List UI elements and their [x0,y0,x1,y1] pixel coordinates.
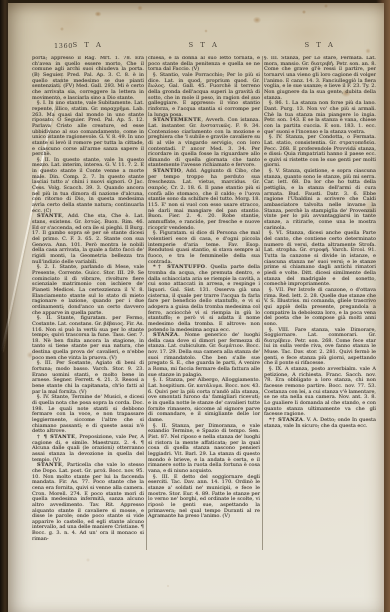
entry-headword: † ¶ STANTE [37,434,75,440]
entry-paragraph: §. III. E detto del soggiornare degli es… [148,475,260,520]
page-paper: 1360 S T A S T A S T A porta; appresso i… [8,3,384,612]
entry-paragraph: §. III. Stanza, per Lo stare, Fermata. L… [264,56,376,101]
entry-headword: STANTE [37,213,62,219]
column-left: porta; appresso il Rag. Mrt. 1. 78. Era … [32,56,144,554]
entry-paragraph: porta; appresso il Rag. Mrt. 1. 78. Era … [32,56,144,101]
entry-paragraph: §. I. Stanza, per Albergo, Alloggiamento… [148,378,260,423]
entry-paragraph: *† STANZA. V. A. Detto; onde In questa s… [264,418,376,429]
entry-paragraph: §. IX. A stanza, posto avverbialm. vale … [264,367,376,418]
entry-paragraph: §. VII. Per Istrofe di canzone, o d'otta… [264,288,376,328]
column-right: §. III. Stanza, per Lo stare, Fermata. L… [264,56,376,554]
column-rule-left [146,56,147,550]
page-header: 1360 S T A S T A S T A [32,41,376,53]
entry-paragraph: §. Stantio, vale Porracchio; Per lo più … [148,73,260,118]
running-title-center: S T A [148,41,260,49]
entry-paragraph: §. III. Per Sostante, Agiato di beni di … [32,361,144,395]
entry-paragraph: STANTEMENTE, Avverb. Con istanza. Lat. i… [148,118,260,169]
entry-paragraph: STANTIO, Add. Aggiunto di Cibo, che per … [148,169,260,231]
entry-paragraph: §. 2. I. Stante, parlando di Mese, vale … [32,265,144,316]
entry-paragraph: §. I. In uno stante, vale Subitamente. L… [32,101,144,158]
entry-paragraph: §. VIII. Fare stanza, vale Dimorare, Sog… [264,328,376,368]
entry-paragraph: §. 86. 1. La stanza non forse più da lan… [264,101,376,135]
entry-headword: STANZA [153,332,178,338]
column-center: chiesa, e la donna al suo letto tornata,… [148,56,260,554]
entry-paragraph: STANTE, Add. Che sta, Che è. Lat. stans,… [32,214,144,265]
entry-paragraph: chiesa, e la donna al suo letto tornata,… [148,56,260,73]
running-title-left: S T A [32,41,144,49]
running-title-right: S T A [264,41,376,49]
column-rule-right [262,56,263,550]
entry-paragraph: *† STANTUFFO. Quella parte della tromba … [148,265,260,333]
entry-paragraph: §. VI. Stanza, dicesi anche quella Parte… [264,231,376,288]
entry-headword: *† STANZA [269,417,303,423]
entry-paragraph: §. IV. Stante, Termine de' Musici, e dic… [32,395,144,435]
entry-paragraph: §. Figuratam. si dice di Persona che mal… [148,231,260,265]
entry-paragraph: §. V. Stanza, quistione, e sopra ciascun… [264,169,376,231]
entry-paragraph: §. II. Stante, figuratam. per Fermo, Cos… [32,316,144,361]
entry-paragraph: §. II. Stanza, per Dimoranza, e vale ezi… [148,424,260,475]
book-photo: 1360 S T A S T A S T A porta; appresso i… [0,0,390,612]
entry-paragraph: §. IV. Stanza, per Condotta, o Fermata. … [264,135,376,169]
entry-headword: STANTIO [153,168,181,174]
entry-headword: STANTEMENTE [153,117,201,123]
entry-headword: *† STANTUFFO [153,264,205,270]
entry-paragraph: STANTE, Particella che vale lo stesso ch… [32,463,144,542]
columns-container: porta; appresso il Rag. Mrt. 1. 78. Era … [32,56,376,554]
text-block: 1360 S T A S T A S T A porta; appresso i… [32,41,376,554]
entry-paragraph: STANZA. Nome generico de' luoghi della c… [148,333,260,378]
entry-headword: STANTE [37,462,62,468]
entry-paragraph: §. II. In questo stante, vale In questo … [32,158,144,215]
entry-paragraph: † ¶ STANTE, Preposizione, vale Per, A ca… [32,435,144,463]
